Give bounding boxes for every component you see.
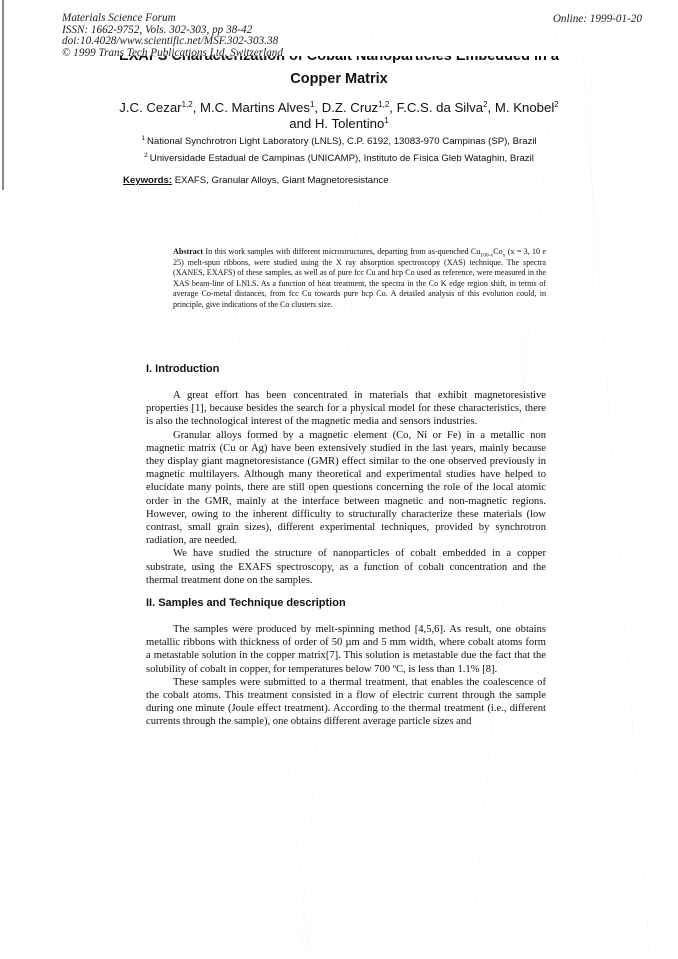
- author-affiliation: 2: [554, 100, 558, 109]
- author-line-1: J.C. Cezar1,2, M.C. Martins Alves1, D.Z.…: [0, 100, 678, 116]
- keywords-text: EXAFS, Granular Alloys, Giant Magnetores…: [172, 175, 389, 186]
- separator: ,: [193, 100, 200, 115]
- paragraph: The samples were produced by melt-spinni…: [146, 623, 546, 676]
- paragraph: We have studied the structure of nanopar…: [146, 547, 546, 587]
- abstract-text: In this work samples with different micr…: [203, 247, 480, 256]
- affiliation-text: National Synchrotron Light Laboratory (L…: [147, 136, 537, 147]
- online-date: Online: 1999-01-20: [553, 13, 642, 25]
- author: F.C.S. da Silva: [397, 100, 483, 115]
- keywords: Keywords: EXAFS, Granular Alloys, Giant …: [123, 175, 389, 186]
- author: and H. Tolentino: [289, 116, 384, 131]
- author-affiliation: 1: [384, 116, 388, 125]
- author-affiliation: 1,2: [182, 100, 193, 109]
- section-body-introduction: A great effort has been concentrated in …: [146, 389, 546, 587]
- author-affiliation: 1,2: [378, 100, 389, 109]
- section-heading-introduction: I. Introduction: [146, 363, 219, 375]
- abstract-text: Co: [493, 247, 502, 256]
- publication-meta: Materials Science Forum ISSN: 1662-9752,…: [62, 13, 283, 59]
- abstract-label: Abstract: [173, 247, 203, 256]
- separator: ,: [314, 100, 321, 115]
- affiliation-text: Universidade Estadual de Campinas (UNICA…: [150, 153, 534, 164]
- author: J.C. Cezar: [119, 100, 181, 115]
- separator: ,: [488, 100, 495, 115]
- keywords-label: Keywords:: [123, 175, 172, 186]
- paragraph: A great effort has been concentrated in …: [146, 389, 546, 429]
- author: M. Knobel: [495, 100, 554, 115]
- affiliation-number: 1: [141, 135, 145, 142]
- paragraph: Granular alloys formed by a magnetic ele…: [146, 429, 546, 548]
- paragraph: These samples were submitted to a therma…: [146, 676, 546, 729]
- affiliation-number: 2: [144, 152, 148, 159]
- section-heading-samples: II. Samples and Technique description: [146, 597, 346, 609]
- journal-name: Materials Science Forum: [62, 13, 283, 25]
- paper-title-line2: Copper Matrix: [0, 71, 678, 87]
- author: M.C. Martins Alves: [200, 100, 310, 115]
- section-body-samples: The samples were produced by melt-spinni…: [146, 623, 546, 729]
- doi-link[interactable]: doi:10.4028/www.scientific.net/MSF.302-3…: [62, 36, 283, 48]
- author: D.Z. Cruz: [322, 100, 378, 115]
- author-list: J.C. Cezar1,2, M.C. Martins Alves1, D.Z.…: [0, 100, 678, 132]
- affiliation-2: 2Universidade Estadual de Campinas (UNIC…: [0, 153, 678, 164]
- copyright-line: © 1999 Trans Tech Publications Ltd, Swit…: [62, 48, 283, 60]
- author-line-2: and H. Tolentino1: [0, 116, 678, 132]
- separator: ,: [389, 100, 396, 115]
- affiliation-1: 1National Synchrotron Light Laboratory (…: [0, 136, 678, 147]
- abstract: Abstract In this work samples with diffe…: [173, 247, 546, 311]
